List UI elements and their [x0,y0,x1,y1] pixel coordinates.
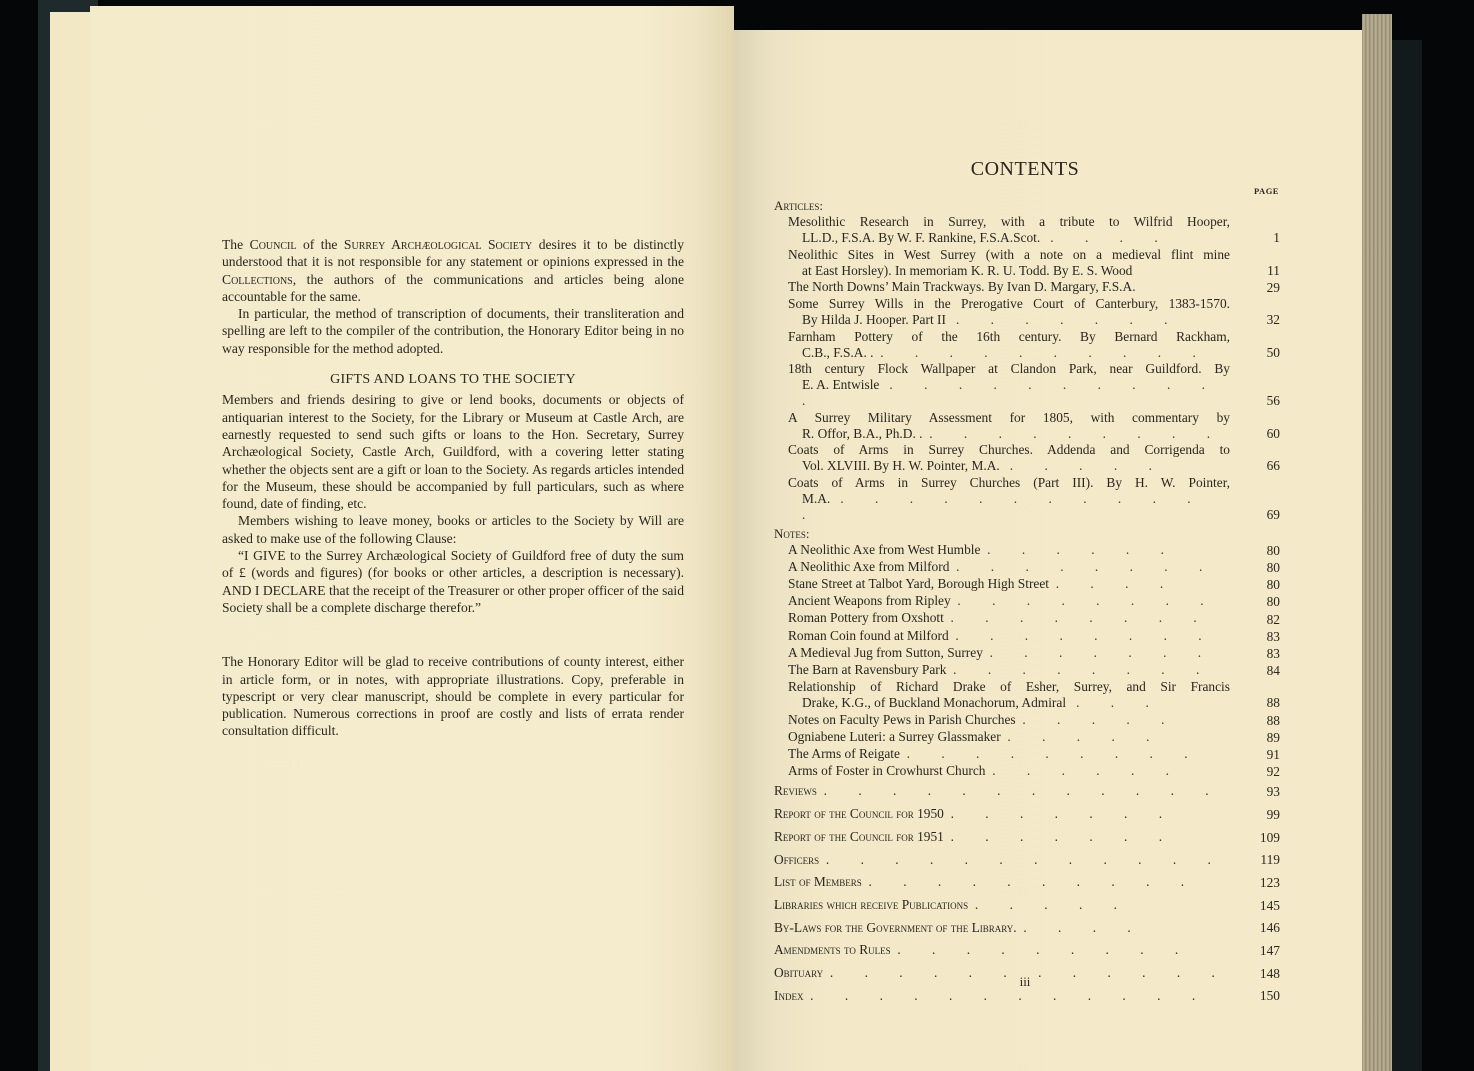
toc-entry[interactable]: A Surrey Military Assessment for 1805, w… [788,410,1280,442]
articles-heading: Articles: [774,198,1280,214]
editor-paragraph: The Honorary Editor will be glad to rece… [222,653,684,739]
page-number: 69 [1240,507,1280,523]
toc-entry[interactable]: A Medieval Jug from Sutton, Surrey . . .… [788,645,1280,662]
page-number: 29 [1240,280,1280,296]
toc-section-reviews[interactable]: Reviews . . . . . . . . . . . .93 [774,780,1280,803]
bequest-clause: “I GIVE to the Surrey Archæological Soci… [222,547,684,616]
page-number: 60 [1240,426,1280,442]
toc-section-libraries[interactable]: Libraries which receive Publications . .… [774,894,1280,917]
toc-entry[interactable]: Arms of Foster in Crowhurst Church . . .… [788,763,1280,780]
gifts-paragraph: Members and friends desiring to give or … [222,391,684,512]
page-number: 32 [1240,312,1280,328]
toc-entry[interactable]: Ogniabene Luteri: a Surrey Glassmaker . … [788,729,1280,746]
bequest-paragraph: Members wishing to leave money, books or… [222,512,684,547]
disclaimer-paragraph: The Council of the Surrey Archæological … [222,236,684,305]
spacer [222,616,684,653]
transcription-paragraph: In particular, the method of transcripti… [222,305,684,357]
toc-entry[interactable]: Ancient Weapons from Ripley . . . . . . … [788,593,1280,610]
toc-entry[interactable]: A Neolithic Axe from West Humble . . . .… [788,542,1280,559]
toc-entry[interactable]: The Barn at Ravensbury Park . . . . . . … [788,662,1280,679]
toc-entry[interactable]: A Neolithic Axe from Milford . . . . . .… [788,559,1280,576]
page-number: 66 [1240,458,1280,474]
toc-section-bylaws[interactable]: By-Laws for the Government of the Librar… [774,917,1280,940]
toc-section-report-1951[interactable]: Report of the Council for 1951 . . . . .… [774,826,1280,849]
contents-title: CONTENTS [734,158,1316,181]
page-column-label: PAGE [1254,186,1279,196]
toc-entry[interactable]: Relationship of Richard Drake of Esher, … [788,679,1280,711]
page-number: 11 [1240,263,1280,279]
toc-entry[interactable]: Some Surrey Wills in the Prerogative Cou… [788,296,1280,328]
toc-section-members[interactable]: List of Members . . . . . . . . . . .123 [774,871,1280,894]
toc-section-officers[interactable]: Officers . . . . . . . . . . . .119 [774,849,1280,872]
page-folio: iii [1000,974,1050,990]
toc-entry[interactable]: Stane Street at Talbot Yard, Borough Hig… [788,576,1280,593]
toc-entry[interactable]: Farnham Pottery of the 16th century. By … [788,329,1280,361]
page-number: 1 [1240,230,1280,246]
toc-entry[interactable]: Coats of Arms in Surrey Churches (Part I… [788,475,1280,523]
notes-heading: Notes: [774,526,1280,542]
page-number: 50 [1240,345,1280,361]
toc-entry[interactable]: Mesolithic Research in Surrey, with a tr… [788,214,1280,246]
toc-entry[interactable]: Notes on Faculty Pews in Parish Churches… [788,712,1280,729]
toc-entry[interactable]: 18th century Flock Wallpaper at Clandon … [788,361,1280,409]
toc-entry[interactable]: The Arms of Reigate . . . . . . . . .91 [788,746,1280,763]
council-term: Council [250,237,297,252]
toc-entry[interactable]: The North Downs’ Main Trackways. By Ivan… [788,279,1280,296]
flyleaf [50,12,91,1071]
toc-section-report-1950[interactable]: Report of the Council for 1950 . . . . .… [774,803,1280,826]
toc-entry[interactable]: Neolithic Sites in West Surrey (with a n… [788,247,1280,279]
book-cover-right [1392,40,1422,1071]
toc-section-amendments[interactable]: Amendments to Rules . . . . . . . . .147 [774,939,1280,962]
page-number: 56 [1240,393,1280,409]
toc-entry[interactable]: Roman Coin found at Milford . . . . . . … [788,628,1280,645]
toc-entry[interactable]: Roman Pottery from Oxshott . . . . . . .… [788,610,1280,627]
society-name: Surrey Archæological Society [344,237,532,252]
page-edges [1362,14,1392,1071]
gifts-heading: GIFTS AND LOANS TO THE SOCIETY [222,371,684,388]
table-of-contents: Articles: Mesolithic Research in Surrey,… [774,198,1280,1007]
collections-term: Collections [222,272,293,287]
toc-entry[interactable]: Coats of Arms in Surrey Churches. Addend… [788,442,1280,474]
left-page-text: The Council of the Surrey Archæological … [222,236,684,740]
